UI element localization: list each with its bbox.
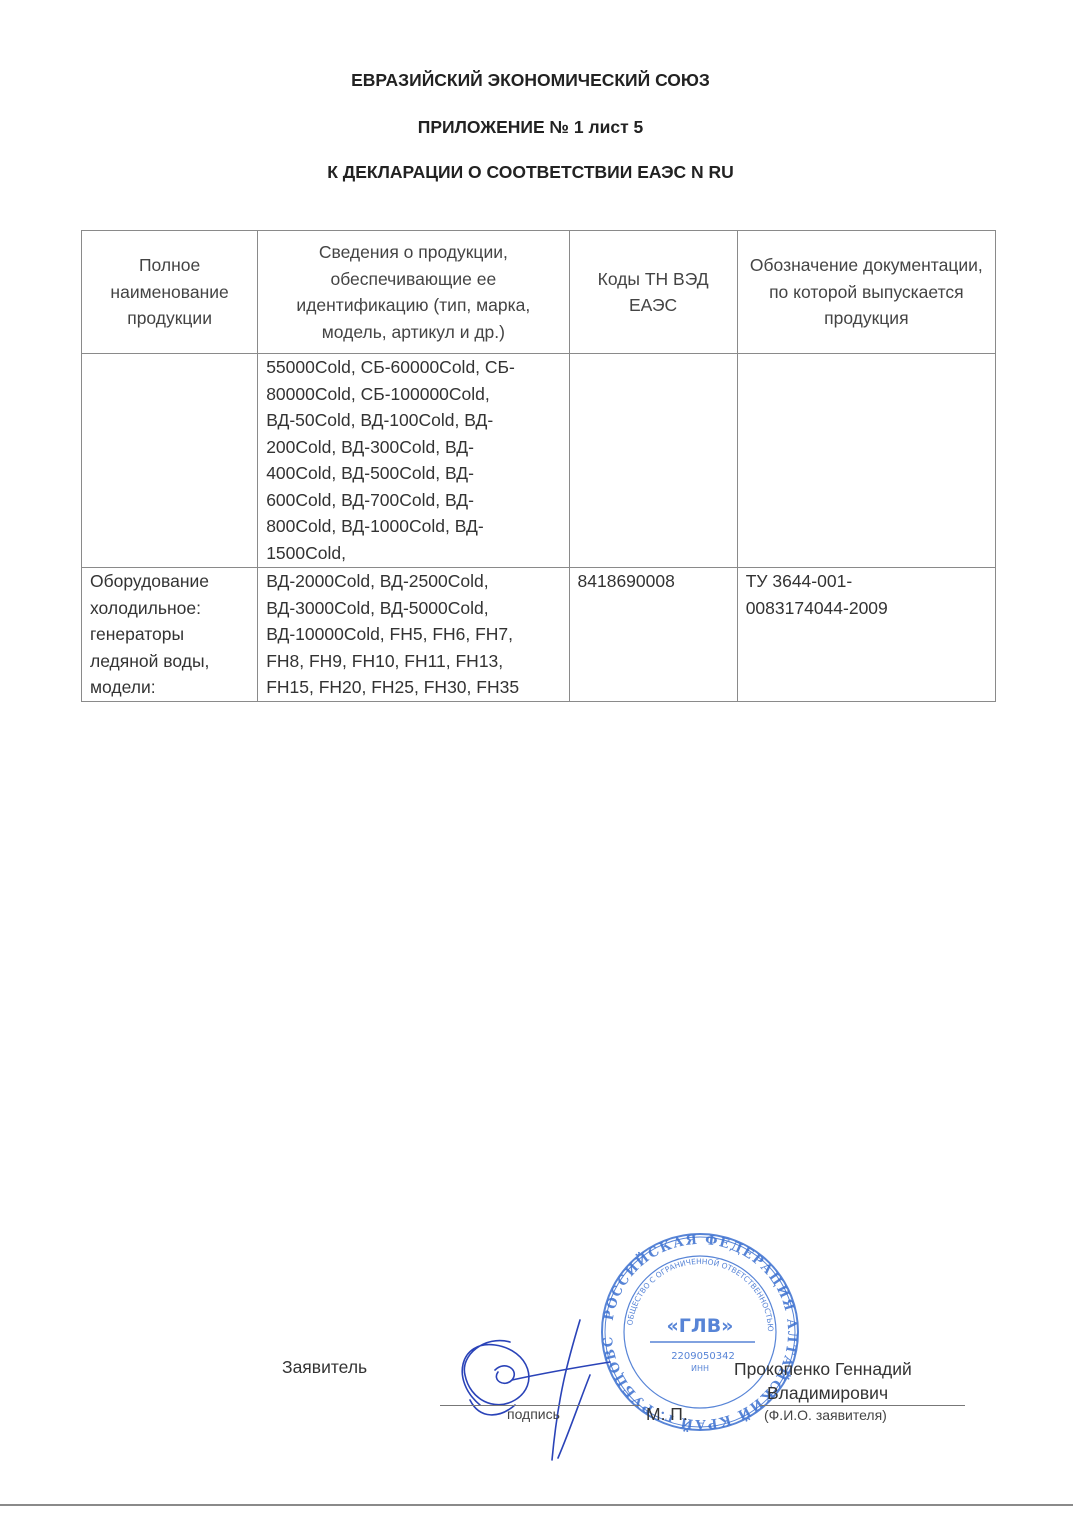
signature-caption: подпись bbox=[507, 1406, 560, 1422]
column-header-doc: Обозначение документации, по которой вып… bbox=[737, 231, 995, 354]
applicant-name-line2: Владимирович bbox=[767, 1383, 888, 1404]
name-caption: (Ф.И.О. заявителя) bbox=[764, 1407, 887, 1423]
cell-doc bbox=[737, 354, 995, 568]
cell-code bbox=[569, 354, 737, 568]
svg-text:«ГЛВ»: «ГЛВ» bbox=[667, 1315, 734, 1337]
column-header-name: Полное наименование продукции bbox=[82, 231, 258, 354]
cell-code: 8418690008 bbox=[569, 568, 737, 702]
column-header-code: Коды ТН ВЭД ЕАЭС bbox=[569, 231, 737, 354]
union-title: ЕВРАЗИЙСКИЙ ЭКОНОМИЧЕСКИЙ СОЮЗ bbox=[0, 70, 1067, 91]
cell-name bbox=[82, 354, 258, 568]
applicant-name-line1: Прокопенко Геннадий bbox=[734, 1359, 912, 1380]
table-row: 55000Cold, СБ-60000Cold, СБ- 80000Cold, … bbox=[82, 354, 996, 568]
bottom-rule bbox=[0, 1504, 1073, 1506]
name-line bbox=[760, 1405, 965, 1406]
signature-icon bbox=[440, 1300, 620, 1465]
applicant-label: Заявитель bbox=[282, 1357, 367, 1378]
svg-text:2209050342: 2209050342 bbox=[671, 1351, 735, 1362]
stamp-place-label: М. П. bbox=[646, 1404, 688, 1425]
declaration-title: К ДЕКЛАРАЦИИ О СООТВЕТСТВИИ ЕАЭС N RU bbox=[0, 162, 1067, 183]
appendix-title: ПРИЛОЖЕНИЕ № 1 лист 5 bbox=[0, 117, 1067, 138]
table-header-row: Полное наименование продукции Сведения о… bbox=[82, 231, 996, 354]
cell-name: Оборудование холодильное: генераторы лед… bbox=[82, 568, 258, 702]
cell-doc: ТУ 3644-001- 0083174044-2009 bbox=[737, 568, 995, 702]
table-row: Оборудование холодильное: генераторы лед… bbox=[82, 568, 996, 702]
cell-info: 55000Cold, СБ-60000Cold, СБ- 80000Cold, … bbox=[258, 354, 569, 568]
products-table: Полное наименование продукции Сведения о… bbox=[81, 230, 996, 702]
column-header-info: Сведения о продукции, обеспечивающие ее … bbox=[258, 231, 569, 354]
cell-info: ВД-2000Cold, ВД-2500Cold, ВД-3000Cold, В… bbox=[258, 568, 569, 702]
svg-text:ИНН: ИНН bbox=[691, 1364, 709, 1373]
